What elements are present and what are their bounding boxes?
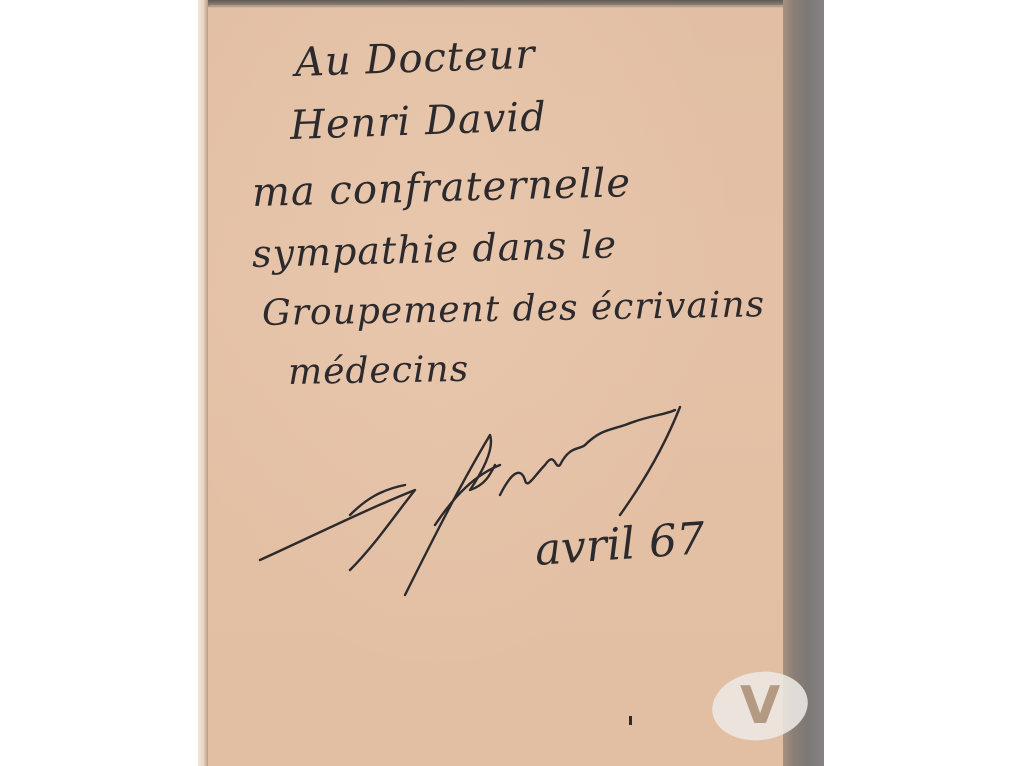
photo-stage: Au Docteur Henri David ma confraternelle… — [0, 0, 1024, 766]
book-page — [208, 6, 784, 766]
page-top-shadow — [208, 0, 824, 8]
watermark-letter: V — [740, 680, 780, 732]
page-mark — [629, 716, 632, 725]
book-spine-shadow — [783, 0, 824, 766]
